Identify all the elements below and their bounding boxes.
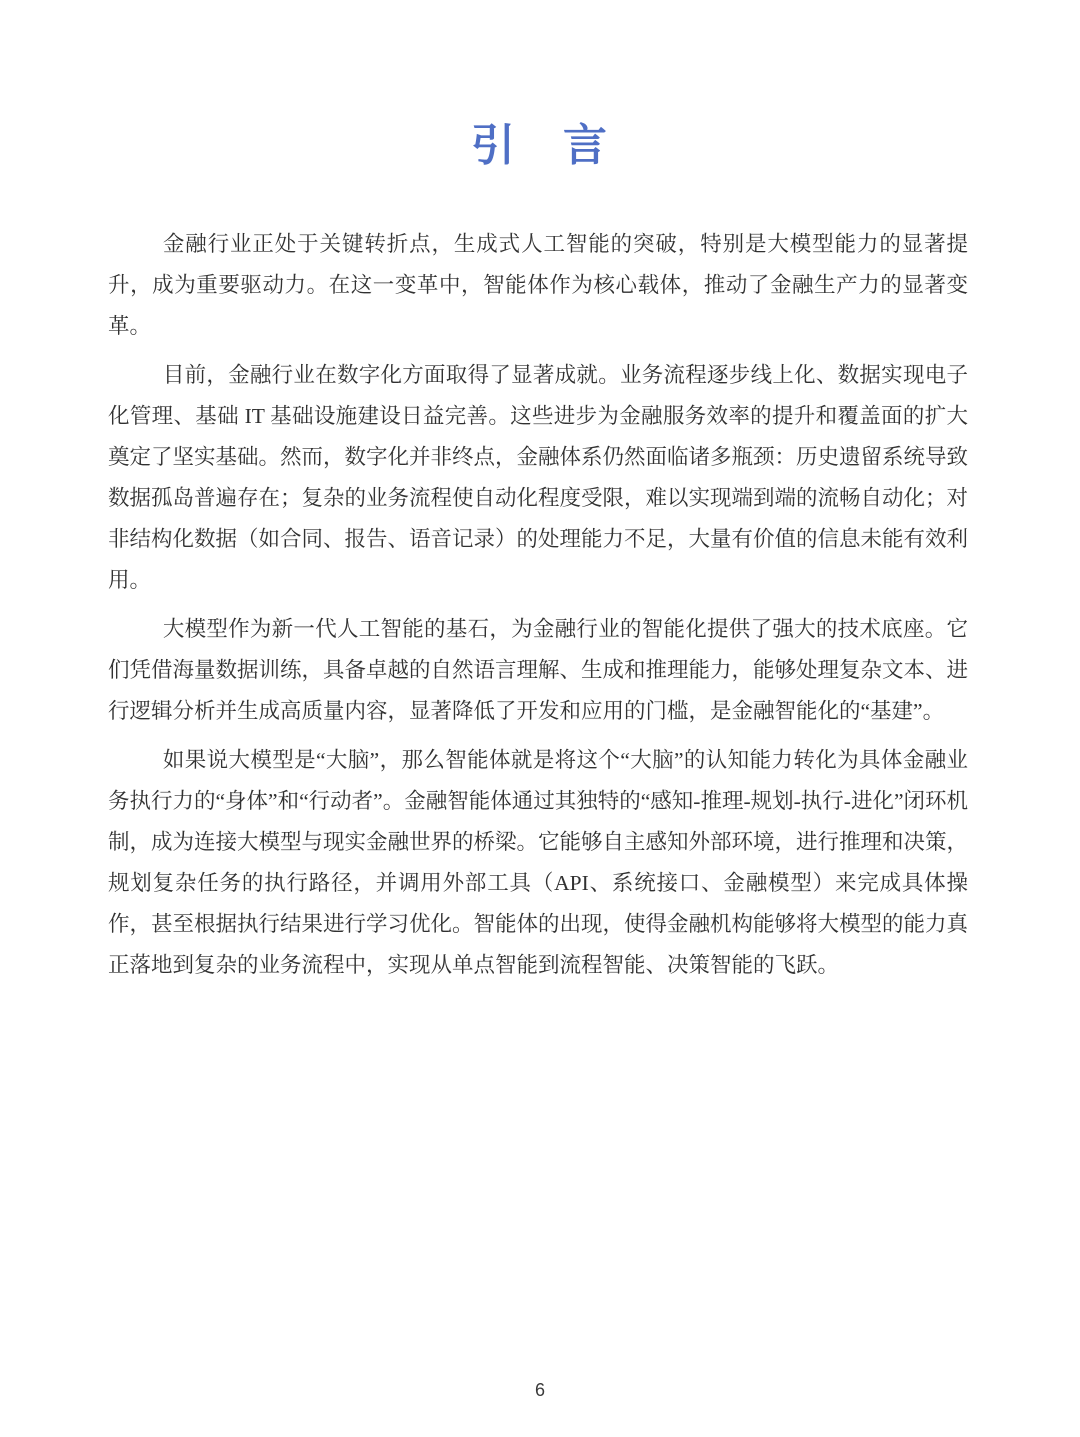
body-paragraph: 金融行业正处于关键转折点，生成式人工智能的突破，特别是大模型能力的显著提升，成为…	[108, 224, 968, 347]
body-content: 金融行业正处于关键转折点，生成式人工智能的突破，特别是大模型能力的显著提升，成为…	[108, 224, 968, 986]
document-page: 引 言 金融行业正处于关键转折点，生成式人工智能的突破，特别是大模型能力的显著提…	[0, 0, 1080, 1437]
body-paragraph: 如果说大模型是“大脑”，那么智能体就是将这个“大脑”的认知能力转化为具体金融业务…	[108, 740, 968, 986]
page-number: 6	[0, 1380, 1080, 1401]
body-paragraph: 目前，金融行业在数字化方面取得了显著成就。业务流程逐步线上化、数据实现电子化管理…	[108, 355, 968, 601]
body-paragraph: 大模型作为新一代人工智能的基石，为金融行业的智能化提供了强大的技术底座。它们凭借…	[108, 609, 968, 732]
section-title: 引 言	[0, 0, 1080, 172]
